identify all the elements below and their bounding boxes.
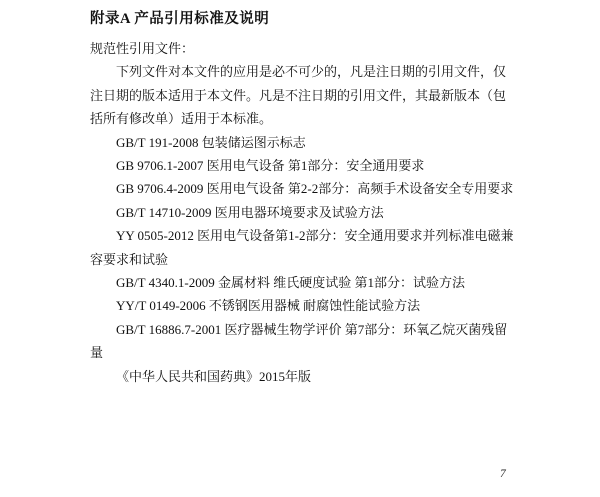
reference-item: GB 9706.1-2007 医用电气设备 第1部分：安全通用要求: [90, 154, 514, 177]
reference-item: GB 9706.4-2009 医用电气设备 第2-2部分：高频手术设备安全专用要…: [90, 177, 514, 200]
page-number: 7: [500, 468, 506, 480]
document-content: 附录A 产品引用标准及说明 规范性引用文件： 下列文件对本文件的应用是必不可少的…: [90, 8, 514, 388]
document-page: 附录A 产品引用标准及说明 规范性引用文件： 下列文件对本文件的应用是必不可少的…: [0, 0, 600, 497]
reference-item: GB/T 191-2008 包装储运图示标志: [90, 131, 514, 154]
reference-item: GB/T 14710-2009 医用电器环境要求及试验方法: [90, 201, 514, 224]
reference-item: YY 0505-2012 医用电气设备第1-2部分：安全通用要求并列标准电磁兼容…: [90, 224, 514, 271]
intro-paragraph: 下列文件对本文件的应用是必不可少的，凡是注日期的引用文件，仅注日期的版本适用于本…: [90, 60, 514, 130]
appendix-title: 附录A 产品引用标准及说明: [90, 8, 514, 30]
reference-item: GB/T 16886.7-2001 医疗器械生物学评价 第7部分：环氧乙烷灭菌残…: [90, 318, 514, 365]
reference-item: GB/T 4340.1-2009 金属材料 维氏硬度试验 第1部分：试验方法: [90, 271, 514, 294]
reference-item: YY/T 0149-2006 不锈钢医用器械 耐腐蚀性能试验方法: [90, 294, 514, 317]
section-heading: 规范性引用文件：: [90, 37, 514, 60]
reference-item: 《中华人民共和国药典》2015年版: [90, 365, 514, 388]
